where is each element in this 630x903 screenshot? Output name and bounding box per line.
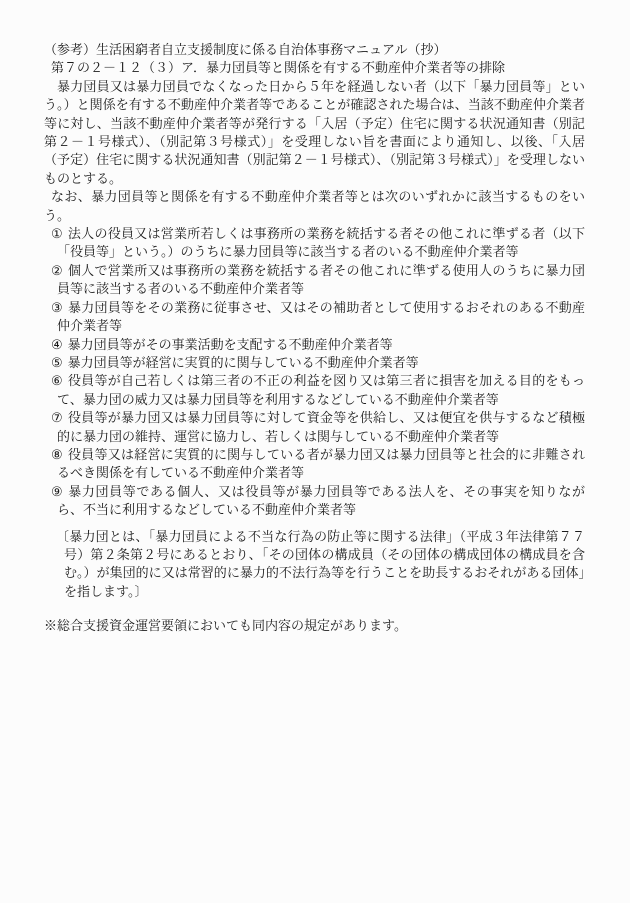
item-marker: ⑦ (51, 411, 63, 426)
paragraph-main: 暴力団員又は暴力団員でなくなった日から５年を経過しない者（以下「暴力団員等」とい… (44, 79, 585, 189)
paragraph-nao: なお、暴力団員等と関係を有する不動産仲介業者等とは次のいずれかに該当するものをい… (44, 189, 585, 226)
item-text: 役員等又は経営に実質的に関与している者が暴力団又は暴力団員等と社会的に非難される… (57, 448, 585, 481)
item-marker: ⑤ (51, 356, 63, 371)
item-marker: ② (51, 264, 63, 279)
list-item-1: ①法人の役員又は営業所若しくは事務所の業務を統括する者その他これに準ずる者（以下… (44, 226, 585, 263)
item-text: 個人で営業所又は事務所の業務を統括する者その他これに準ずる使用人のうちに暴力団員… (57, 264, 585, 297)
section-heading: 第７の２－１２（３）ア．暴力団員等と関係を有する不動産仲介業者等の排除 (51, 60, 585, 78)
item-text: 法人の役員又は営業所若しくは事務所の業務を統括する者その他これに準ずる者（以下「… (57, 227, 585, 260)
item-marker: ⑥ (51, 374, 63, 389)
item-marker: ⑧ (51, 448, 63, 463)
page: （参考）生活困窮者自立支援制度に係る自治体事務マニュアル（抄） 第７の２－１２（… (0, 0, 630, 903)
item-marker: ⑨ (51, 485, 63, 500)
list-item-5: ⑤暴力団員等が経営に実質的に関与している不動産仲介業者等 (44, 355, 585, 373)
document-page: { "doc": { "title": "（参考）生活困窮者自立支援制度に係る自… (0, 0, 630, 903)
item-text: 暴力団員等がその事業活動を支配する不動産仲介業者等 (68, 338, 393, 353)
list-item-2: ②個人で営業所又は事務所の業務を統括する者その他これに準ずる使用人のうちに暴力団… (44, 263, 585, 300)
list-item-4: ④暴力団員等がその事業活動を支配する不動産仲介業者等 (44, 337, 585, 355)
numbered-list: ①法人の役員又は営業所若しくは事務所の業務を統括する者その他これに準ずる者（以下… (44, 226, 585, 521)
footnote-text: ※総合支援資金運営要領においても同内容の規定があります。 (44, 618, 585, 636)
item-text: 暴力団員等が経営に実質的に関与している不動産仲介業者等 (68, 356, 419, 371)
list-item-7: ⑦役員等が暴力団又は暴力団員等に対して資金等を供給し、又は便宜を供与するなど積極… (44, 410, 585, 447)
list-item-9: ⑨暴力団員等である個人、又は役員等が暴力団員等である法人を、その事実を知りながら… (44, 484, 585, 521)
list-item-6: ⑥役員等が自己若しくは第三者の不正の利益を図り又は第三者に損害を加える目的をもっ… (44, 373, 585, 410)
list-item-8: ⑧役員等又は経営に実質的に関与している者が暴力団又は暴力団員等と社会的に非難され… (44, 447, 585, 484)
item-text: 役員等が自己若しくは第三者の不正の利益を図り又は第三者に損害を加える目的をもって… (57, 374, 585, 407)
item-text: 暴力団員等である個人、又は役員等が暴力団員等である法人を、その事実を知りながら、… (57, 485, 585, 518)
item-text: 暴力団員等をその業務に従事させ、又はその補助者として使用するおそれのある不動産仲… (57, 301, 585, 334)
document-title: （参考）生活困窮者自立支援制度に係る自治体事務マニュアル（抄） (44, 42, 585, 60)
item-text: 役員等が暴力団又は暴力団員等に対して資金等を供給し、又は便宜を供与するなど積極的… (57, 411, 585, 444)
item-marker: ④ (51, 338, 63, 353)
note-block: 〔暴力団とは、「暴力団員による不当な行為の防止等に関する法律」（平成３年法律第７… (44, 529, 585, 603)
item-marker: ③ (51, 301, 63, 316)
item-marker: ① (51, 227, 63, 242)
list-item-3: ③暴力団員等をその業務に従事させ、又はその補助者として使用するおそれのある不動産… (44, 300, 585, 337)
